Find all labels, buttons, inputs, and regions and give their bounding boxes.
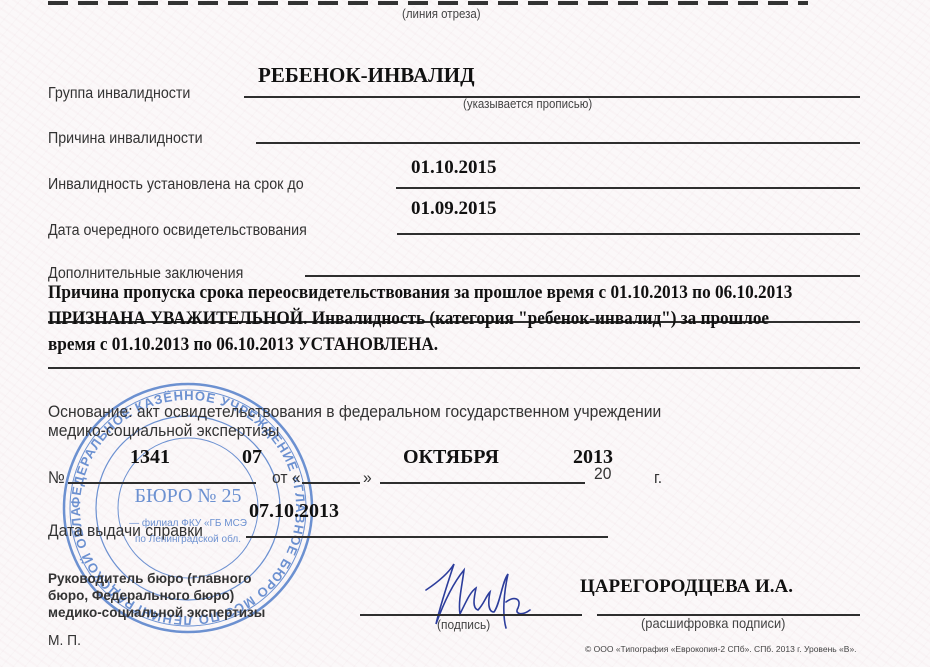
disability-group-value: РЕБЕНОК-ИНВАЛИД [258, 63, 475, 88]
disability-cause-line [256, 142, 860, 144]
act-number-label: № [48, 468, 65, 488]
issue-date-value: 07.10.2013 [249, 500, 339, 523]
disability-cause-label: Причина инвалидности [48, 130, 203, 148]
signature-hint: (подпись) [437, 617, 490, 632]
act-month-value: ОКТЯБРЯ [403, 446, 499, 469]
act-from-label: от « [272, 468, 301, 488]
disability-until-line [396, 187, 860, 189]
disability-group-hint: (указывается прописью) [463, 97, 592, 111]
act-quote-close: » [363, 468, 372, 488]
cut-line-caption: (линия отреза) [402, 7, 481, 21]
additional-conclusions-line-1 [305, 275, 860, 277]
act-year-prefix: 20 [594, 464, 611, 484]
next-examination-value: 01.09.2015 [411, 198, 497, 220]
head-title-line-3: медико-социальной экспертизы [48, 604, 265, 621]
basis-line-2: медико-социальной экспертизы [48, 421, 279, 441]
head-title-line-2: бюро, Федерального бюро) [48, 587, 234, 604]
act-month-line [380, 482, 585, 484]
issue-date-line [246, 536, 608, 538]
printer-footer: © ООО «Типография «Еврокопия-2 СПб». СПб… [585, 644, 857, 654]
name-hint: (расшифровка подписи) [641, 615, 785, 631]
signature-line [360, 614, 582, 616]
act-number-value: 1341 [130, 446, 170, 469]
issue-date-label: Дата выдачи справки [48, 521, 203, 541]
act-day-value: 07 [242, 446, 262, 469]
additional-conclusions-value: Причина пропуска срока переосвидетельств… [48, 280, 811, 358]
next-examination-label: Дата очередного освидетельствования [48, 222, 307, 240]
act-number-line [68, 482, 256, 484]
act-year-suffix: г. [654, 468, 662, 488]
disability-until-label: Инвалидность установлена на срок до [48, 176, 304, 194]
svg-text:БЮРО № 25: БЮРО № 25 [135, 485, 242, 507]
basis-line-1: Основание: акт освидетельствования в фед… [48, 402, 661, 422]
cut-line [48, 1, 808, 5]
act-day-line [302, 482, 360, 484]
next-examination-line [397, 233, 860, 235]
seal-place-label: М. П. [48, 632, 81, 649]
disability-group-label: Группа инвалидности [48, 85, 190, 103]
head-name-value: ЦАРЕГОРОДЦЕВА И.А. [580, 576, 793, 598]
disability-until-value: 01.10.2015 [411, 157, 497, 179]
head-title-line-1: Руководитель бюро (главного [48, 570, 252, 587]
additional-conclusions-line-3 [48, 367, 860, 369]
